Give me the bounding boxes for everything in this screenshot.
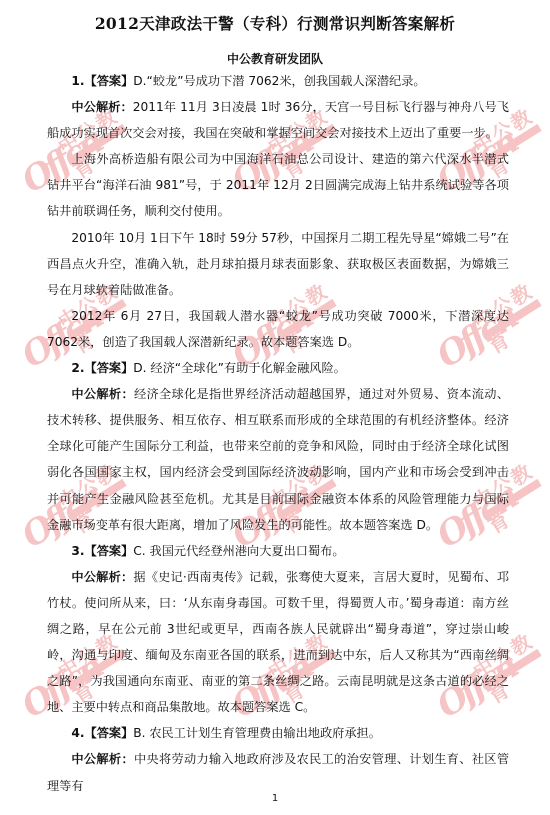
answer-text: D. 经济“全球化”有助于化解金融风险。: [133, 361, 346, 375]
analysis-paragraph: 中公解析：经济全球化是指世界经济活动超越国界，通过对外贸易、资本流动、技术转移、…: [47, 381, 509, 538]
answer-label: 1.【答案】: [71, 74, 133, 88]
answer-label: 3.【答案】: [71, 544, 133, 558]
analysis-label: 中公解析：: [71, 387, 134, 401]
answer-line-3: 3.【答案】C. 我国元代经登州港向大夏出口蜀布。: [47, 538, 509, 564]
answer-line-4: 4.【答案】B. 农民工计划生育管理费由输出地政府承担。: [47, 720, 509, 746]
analysis-label: 中公解析：: [71, 100, 132, 114]
analysis-paragraph: 中公解析：2011年 11月 3日凌晨 1时 36分，天宫一号目标飞行器与神舟八…: [47, 94, 509, 146]
answer-label: 4.【答案】: [71, 726, 133, 740]
analysis-paragraph: 2010年 10月 1日下午 18时 59分 57秒，中国探月二期工程先导星“嫦…: [47, 225, 509, 303]
analysis-paragraph: 中公解析：据《史记·西南夷传》记载，张骞使大夏来，言居大夏时，见蜀布、邛竹杖。使…: [47, 564, 509, 721]
analysis-label: 中公解析：: [71, 752, 134, 766]
document-subtitle: 中公教育研发团队: [0, 50, 550, 67]
document-body: 1.【答案】D.“蛟龙”号成功下潜 7062米，创我国载人深潜纪录。 中公解析：…: [47, 68, 509, 799]
analysis-paragraph: 中公解析：中央将劳动力输入地政府涉及农民工的治安管理、计划生育、社区管理等有: [47, 746, 509, 798]
document-title: 2012天津政法干警（专科）行测常识判断答案解析: [0, 12, 550, 34]
answer-line-2: 2.【答案】D. 经济“全球化”有助于化解金融风险。: [47, 355, 509, 381]
answer-line-1: 1.【答案】D.“蛟龙”号成功下潜 7062米，创我国载人深潜纪录。: [47, 68, 509, 94]
analysis-paragraph: 上海外高桥造船有限公司为中国海洋石油总公司设计、建造的第六代深水半潜式钻井平台“…: [47, 146, 509, 224]
analysis-label: 中公解析：: [71, 570, 133, 584]
page-number: 1: [0, 793, 550, 804]
document-page: Offcn中公教育 Offcn中公教育 Offcn中公教育 Offcn中公教育 …: [0, 0, 550, 815]
answer-label: 2.【答案】: [71, 361, 133, 375]
answer-text: D.“蛟龙”号成功下潜 7062米，创我国载人深潜纪录。: [133, 74, 425, 88]
analysis-paragraph: 2012年 6月 27日，我国载人潜水器“蛟龙”号成功突破 7000米，下潜深度…: [47, 303, 509, 355]
answer-text: B. 农民工计划生育管理费由输出地政府承担。: [133, 726, 381, 740]
answer-text: C. 我国元代经登州港向大夏出口蜀布。: [133, 544, 344, 558]
